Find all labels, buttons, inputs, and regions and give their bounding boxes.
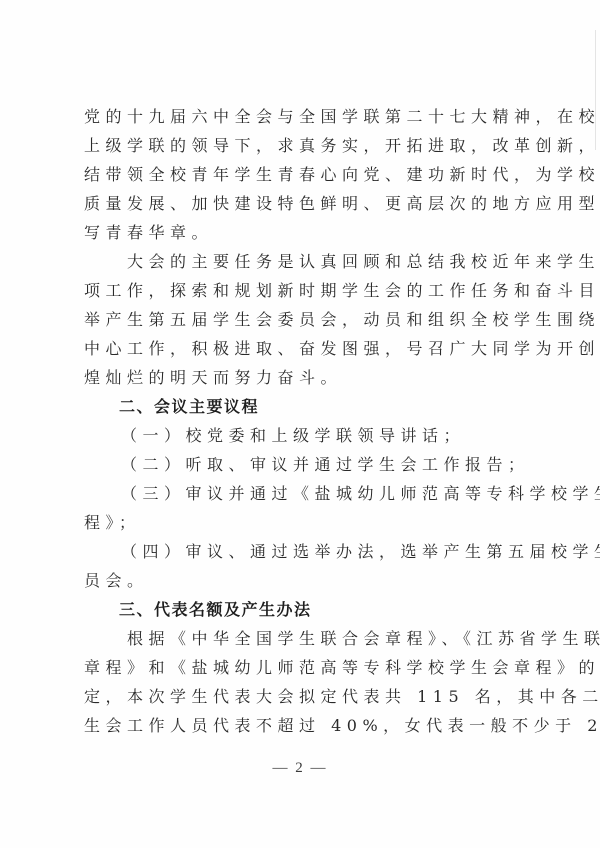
agenda-item-3: （三）审议并通过《盐城幼儿师范高等专科学校学生会章: [84, 479, 520, 508]
agenda-item-4-continuation: 员会。: [84, 566, 520, 595]
text-line: 生会工作人员代表不超过 40%，女代表一般不少于 25%，有少: [84, 711, 520, 740]
page-number: — 2 —: [0, 760, 600, 777]
text-line: 质量发展、加快建设特色鲜明、更高层次的地方应用型高校谱: [84, 189, 520, 218]
agenda-item-2: （二）听取、审议并通过学生会工作报告；: [84, 450, 520, 479]
text-line: 项工作，探索和规划新时期学生会的工作任务和奋斗目标，选: [84, 276, 520, 305]
document-page: 党的十九届六中全会与全国学联第二十七大精神，在校党委和 上级学联的领导下，求真务…: [0, 0, 600, 848]
section-heading-agenda: 二、会议主要议程: [84, 392, 520, 421]
text-line: 大会的主要任务是认真回顾和总结我校近年来学生会的各: [84, 247, 520, 276]
agenda-list: （一）校党委和上级学联领导讲话； （二）听取、审议并通过学生会工作报告； （三）…: [84, 421, 520, 595]
text-line: 写青春华章。: [84, 218, 520, 247]
section-heading-delegates: 三、代表名额及产生办法: [84, 595, 520, 624]
text-line: 上级学联的领导下，求真务实，开拓进取，改革创新，紧密团: [84, 131, 520, 160]
agenda-item-4: （四）审议、通过选举办法，选举产生第五届校学生会委: [84, 537, 520, 566]
text-line: 中心工作，积极进取、奋发图强，号召广大同学为开创我校辉: [84, 334, 520, 363]
text-line: 党的十九届六中全会与全国学联第二十七大精神，在校党委和: [84, 102, 520, 131]
document-body: 党的十九届六中全会与全国学联第二十七大精神，在校党委和 上级学联的领导下，求真务…: [84, 102, 520, 740]
text-line: 煌灿烂的明天而努力奋斗。: [84, 363, 520, 392]
text-line: 举产生第五届学生会委员会，动员和组织全校学生围绕学校的: [84, 305, 520, 334]
paragraph-delegates: 根据《中华全国学生联合会章程》、《江苏省学生联合会 章程》和《盐城幼儿师范高等专…: [84, 624, 520, 740]
paragraph-continuation: 党的十九届六中全会与全国学联第二十七大精神，在校党委和 上级学联的领导下，求真务…: [84, 102, 520, 247]
text-line: 章程》和《盐城幼儿师范高等专科学校学生会章程》的有关规: [84, 653, 520, 682]
agenda-item-1: （一）校党委和上级学联领导讲话；: [84, 421, 520, 450]
scan-artifact: [595, 30, 596, 150]
text-line: 根据《中华全国学生联合会章程》、《江苏省学生联合会: [84, 624, 520, 653]
agenda-item-3-continuation: 程》；: [84, 508, 520, 537]
text-line: 定，本次学生代表大会拟定代表共 115 名，其中各二级学院学: [84, 682, 520, 711]
paragraph-main-tasks: 大会的主要任务是认真回顾和总结我校近年来学生会的各 项工作，探索和规划新时期学生…: [84, 247, 520, 392]
text-line: 结带领全校青年学生青春心向党、建功新时代，为学校实现高: [84, 160, 520, 189]
